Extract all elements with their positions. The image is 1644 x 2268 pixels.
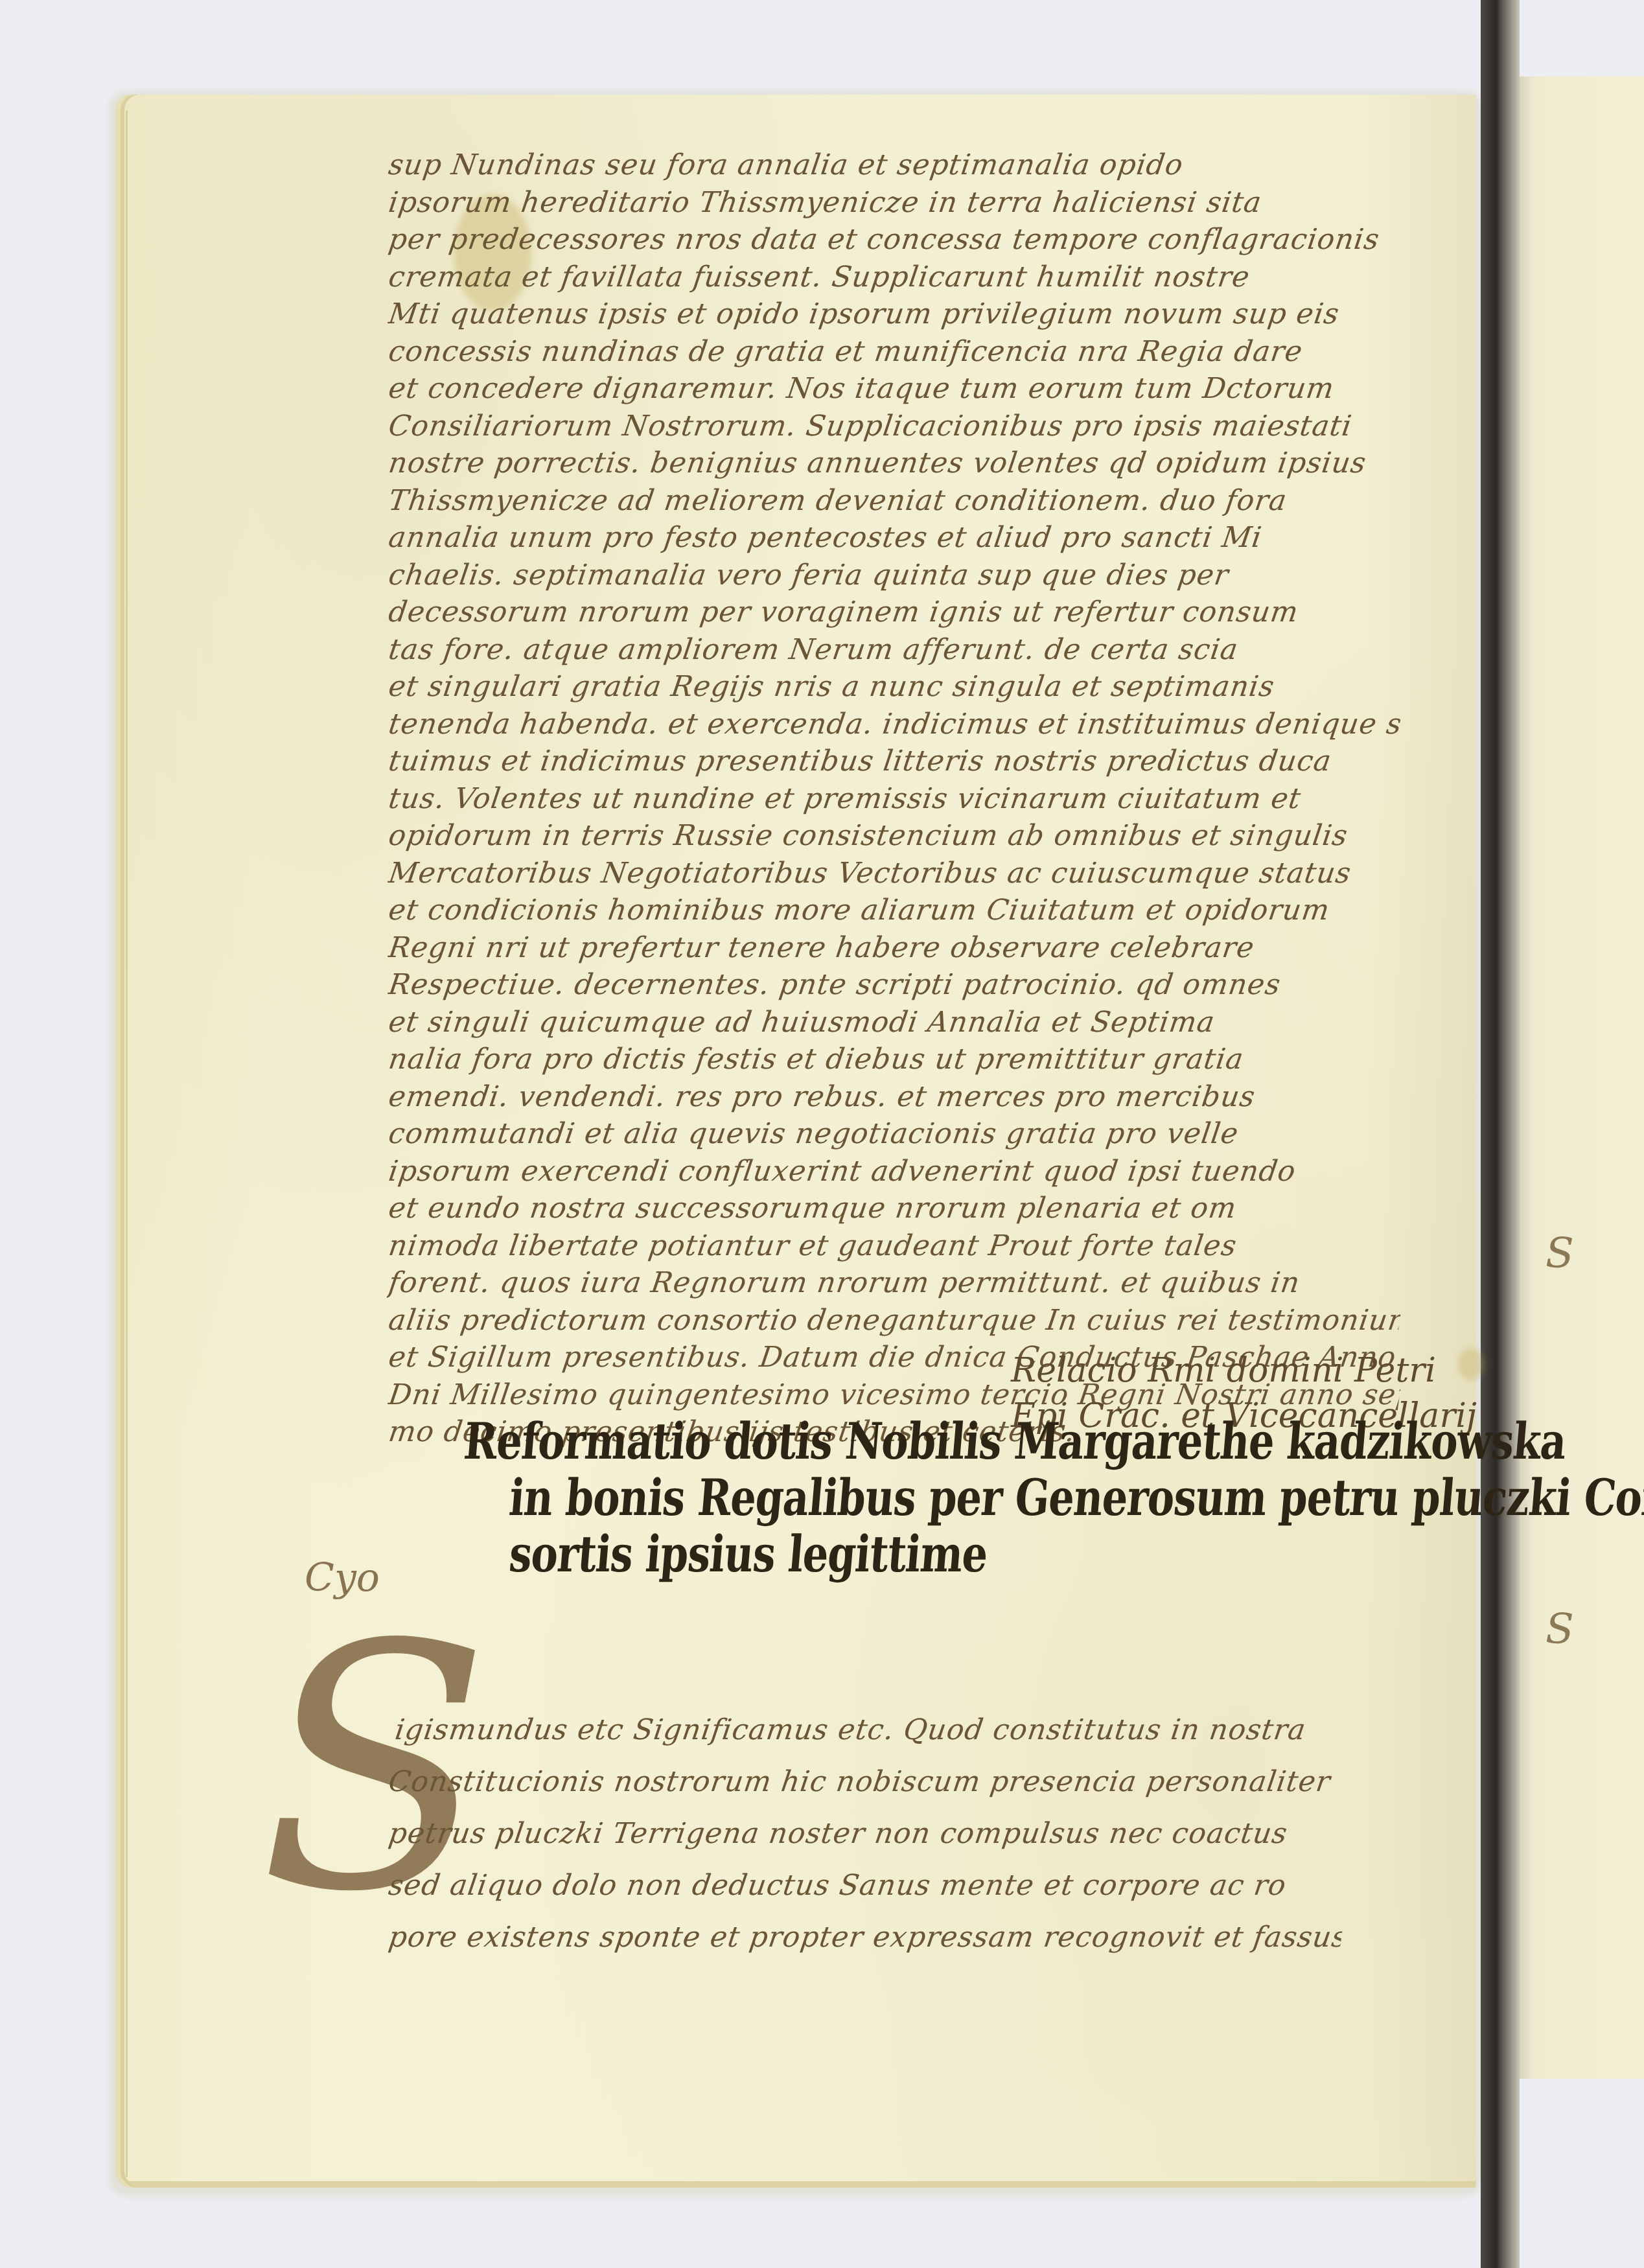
text-line: per predecessores nros data et concessa …: [386, 220, 1402, 259]
text-line: et condicionis hominibus more aliarum Ci…: [386, 891, 1402, 930]
text-line: sed aliquo dolo non deductus Sanus mente…: [386, 1866, 1344, 1905]
text-line: emendi. vendendi. res pro rebus. et merc…: [386, 1078, 1402, 1117]
page-edge: [126, 110, 128, 2177]
text-line: ipsorum exercendi confluxerint advenerin…: [386, 1152, 1402, 1191]
text-line: opidorum in terris Russie consistencium …: [386, 816, 1402, 855]
text-line: pore existens sponte et propter expressa…: [386, 1918, 1344, 1957]
text-line: et eundo nostra successorumque nrorum pl…: [386, 1189, 1402, 1228]
entry-heading-line: in bonis Regalibus per Generosum petru p…: [507, 1468, 1644, 1527]
text-line: et concedere dignaremur. Nos itaque tum …: [386, 369, 1402, 408]
text-line: decessorum nrorum per voraginem ignis ut…: [386, 593, 1402, 632]
text-line: aliis predictorum consortio deneganturqu…: [386, 1301, 1402, 1340]
facing-page-initial: S: [1546, 1606, 1574, 1654]
entry-heading-line: Reformatio dotis Nobilis Margarethe kadz…: [461, 1411, 1568, 1470]
text-line: tus. Volentes ut nundine et premissis vi…: [386, 780, 1402, 818]
text-line: et singuli quicumque ad huiusmodi Annali…: [386, 1003, 1402, 1042]
text-line: cremata et favillata fuissent. Supplicar…: [386, 258, 1402, 297]
text-line: chaelis. septimanalia vero feria quinta …: [386, 556, 1402, 595]
text-line: nimoda libertate potiantur et gaudeant P…: [386, 1227, 1402, 1266]
text-line: commutandi et alia quevis negotiacionis …: [386, 1115, 1402, 1153]
text-line: Mti quatenus ipsis et opido ipsorum priv…: [386, 295, 1402, 334]
text-line: concessis nundinas de gratia et munifice…: [386, 332, 1402, 371]
text-line: igismundus etc Significamus etc. Quod co…: [393, 1711, 1350, 1750]
text-line: tuimus et indicimus presentibus litteris…: [386, 742, 1402, 781]
text-line: nostre porrectis. benignius annuentes vo…: [386, 444, 1402, 483]
text-line: ipsorum hereditario Thissmyenicze in ter…: [386, 183, 1402, 222]
text-line: tas fore. atque ampliorem Nerum afferunt…: [386, 631, 1402, 669]
text-line: Respectiue. decernentes. pnte scripti pa…: [386, 966, 1402, 1004]
signature-line: Relacio Rmi domini Petri: [1011, 1348, 1477, 1393]
text-line: tenenda habenda. et exercenda. indicimus…: [386, 705, 1402, 744]
text-line: Consiliariorum Nostrorum. Supplicacionib…: [386, 407, 1402, 446]
text-line: Regni nri ut prefertur tenere habere obs…: [386, 929, 1402, 967]
entry-heading-line: sortis ipsius legittime: [507, 1524, 990, 1583]
facing-page-initial: S: [1546, 1230, 1574, 1278]
text-line: annalia unum pro festo pentecostes et al…: [386, 518, 1402, 557]
text-line: Thissmyenicze ad meliorem deveniat condi…: [386, 481, 1402, 520]
facing-page: S S: [1520, 76, 1644, 2079]
text-line: sup Nundinas seu fora annalia et septima…: [386, 146, 1402, 185]
text-line: Constitucionis nostrorum hic nobiscum pr…: [386, 1763, 1344, 1801]
text-line: et singulari gratia Regijs nris a nunc s…: [386, 667, 1402, 706]
text-line: petrus pluczki Terrigena noster non comp…: [386, 1814, 1344, 1853]
book-spine: [1481, 0, 1520, 2268]
text-line: Mercatoribus Negotiatoribus Vectoribus a…: [386, 854, 1402, 893]
text-line: nalia fora pro dictis festis et diebus u…: [386, 1040, 1402, 1079]
text-line: forent. quos iura Regnorum nrorum permit…: [386, 1264, 1402, 1302]
